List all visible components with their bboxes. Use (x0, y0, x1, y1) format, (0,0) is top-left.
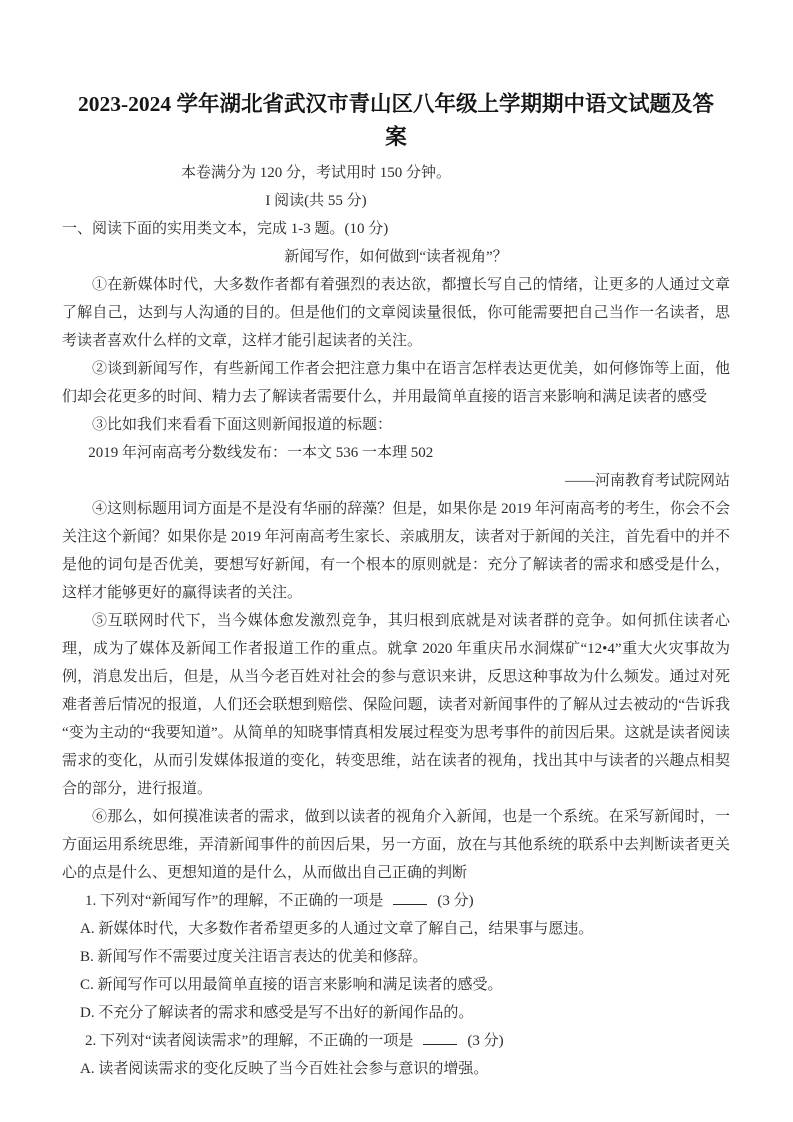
question-2-stem-text: 2. 下列对“读者阅读需求”的理解，不正确的一项是 (85, 1033, 413, 1049)
passage-paragraph-5: ⑤互联网时代下，当今媒体愈发激烈竞争，其归根到底就是对读者群的竞争。如何抓住读者… (62, 607, 730, 803)
answer-blank (393, 889, 427, 905)
exam-info: 本卷满分为 120 分，考试用时 150 分钟。 (62, 160, 570, 187)
exam-paper-page: 2023-2024 学年湖北省武汉市青山区八年级上学期期中语文试题及答案 本卷满… (0, 0, 793, 1122)
question-1: 1. 下列对“新闻写作”的理解，不正确的一项是(3 分) A. 新媒体时代，大多… (62, 887, 730, 1027)
part-one-instruction: 一、阅读下面的实用类文本，完成 1-3 题。(10 分) (62, 215, 730, 243)
question-2-option-a: A. 读者阅读需求的变化反映了当今百姓社会参与意识的增强。 (62, 1055, 730, 1083)
question-2: 2. 下列对“读者阅读需求”的理解，不正确的一项是(3 分) A. 读者阅读需求… (62, 1027, 730, 1083)
passage-paragraph-2: ②谈到新闻写作，有些新闻工作者会把注意力集中在语言怎样表达更优美，如何修饰等上面… (62, 355, 730, 411)
question-1-stem: 1. 下列对“新闻写作”的理解，不正确的一项是(3 分) (62, 887, 730, 915)
passage-title: 新闻写作，如何做到“读者视角”？ (62, 243, 730, 271)
passage-paragraph-4: ④这则标题用词方面是不是没有华丽的辞藻？但是，如果你是 2019 年河南高考的考… (62, 495, 730, 607)
question-1-option-b: B. 新闻写作不需要过度关注语言表达的优美和修辞。 (62, 943, 730, 971)
question-2-stem: 2. 下列对“读者阅读需求”的理解，不正确的一项是(3 分) (62, 1027, 730, 1055)
answer-blank (423, 1029, 457, 1045)
section-header: I 阅读(共 55 分) (62, 187, 570, 215)
question-1-option-d: D. 不充分了解读者的需求和感受是写不出好的新闻作品的。 (62, 999, 730, 1027)
news-headline: 2019 年河南高考分数线发布：一本文 536 一本理 502 (62, 439, 730, 467)
question-1-stem-text: 1. 下列对“新闻写作”的理解，不正确的一项是 (85, 893, 383, 909)
question-1-option-a: A. 新媒体时代，大多数作者希望更多的人通过文章了解自己，结果事与愿违。 (62, 915, 730, 943)
passage-paragraph-1: ①在新媒体时代，大多数作者都有着强烈的表达欲，都擅长写自己的情绪，让更多的人通过… (62, 271, 730, 355)
passage-paragraph-3: ③比如我们来看看下面这则新闻报道的标题： (62, 411, 730, 439)
question-2-points: (3 分) (467, 1033, 503, 1049)
source-attribution: ——河南教育考试院网站 (62, 467, 730, 495)
question-1-points: (3 分) (437, 893, 473, 909)
passage-paragraph-6: ⑥那么，如何摸准读者的需求，做到以读者的视角介入新闻，也是一个系统。在采写新闻时… (62, 803, 730, 887)
document-title: 2023-2024 学年湖北省武汉市青山区八年级上学期期中语文试题及答案 (72, 88, 720, 154)
question-1-option-c: C. 新闻写作可以用最简单直接的语言来影响和满足读者的感受。 (62, 971, 730, 999)
